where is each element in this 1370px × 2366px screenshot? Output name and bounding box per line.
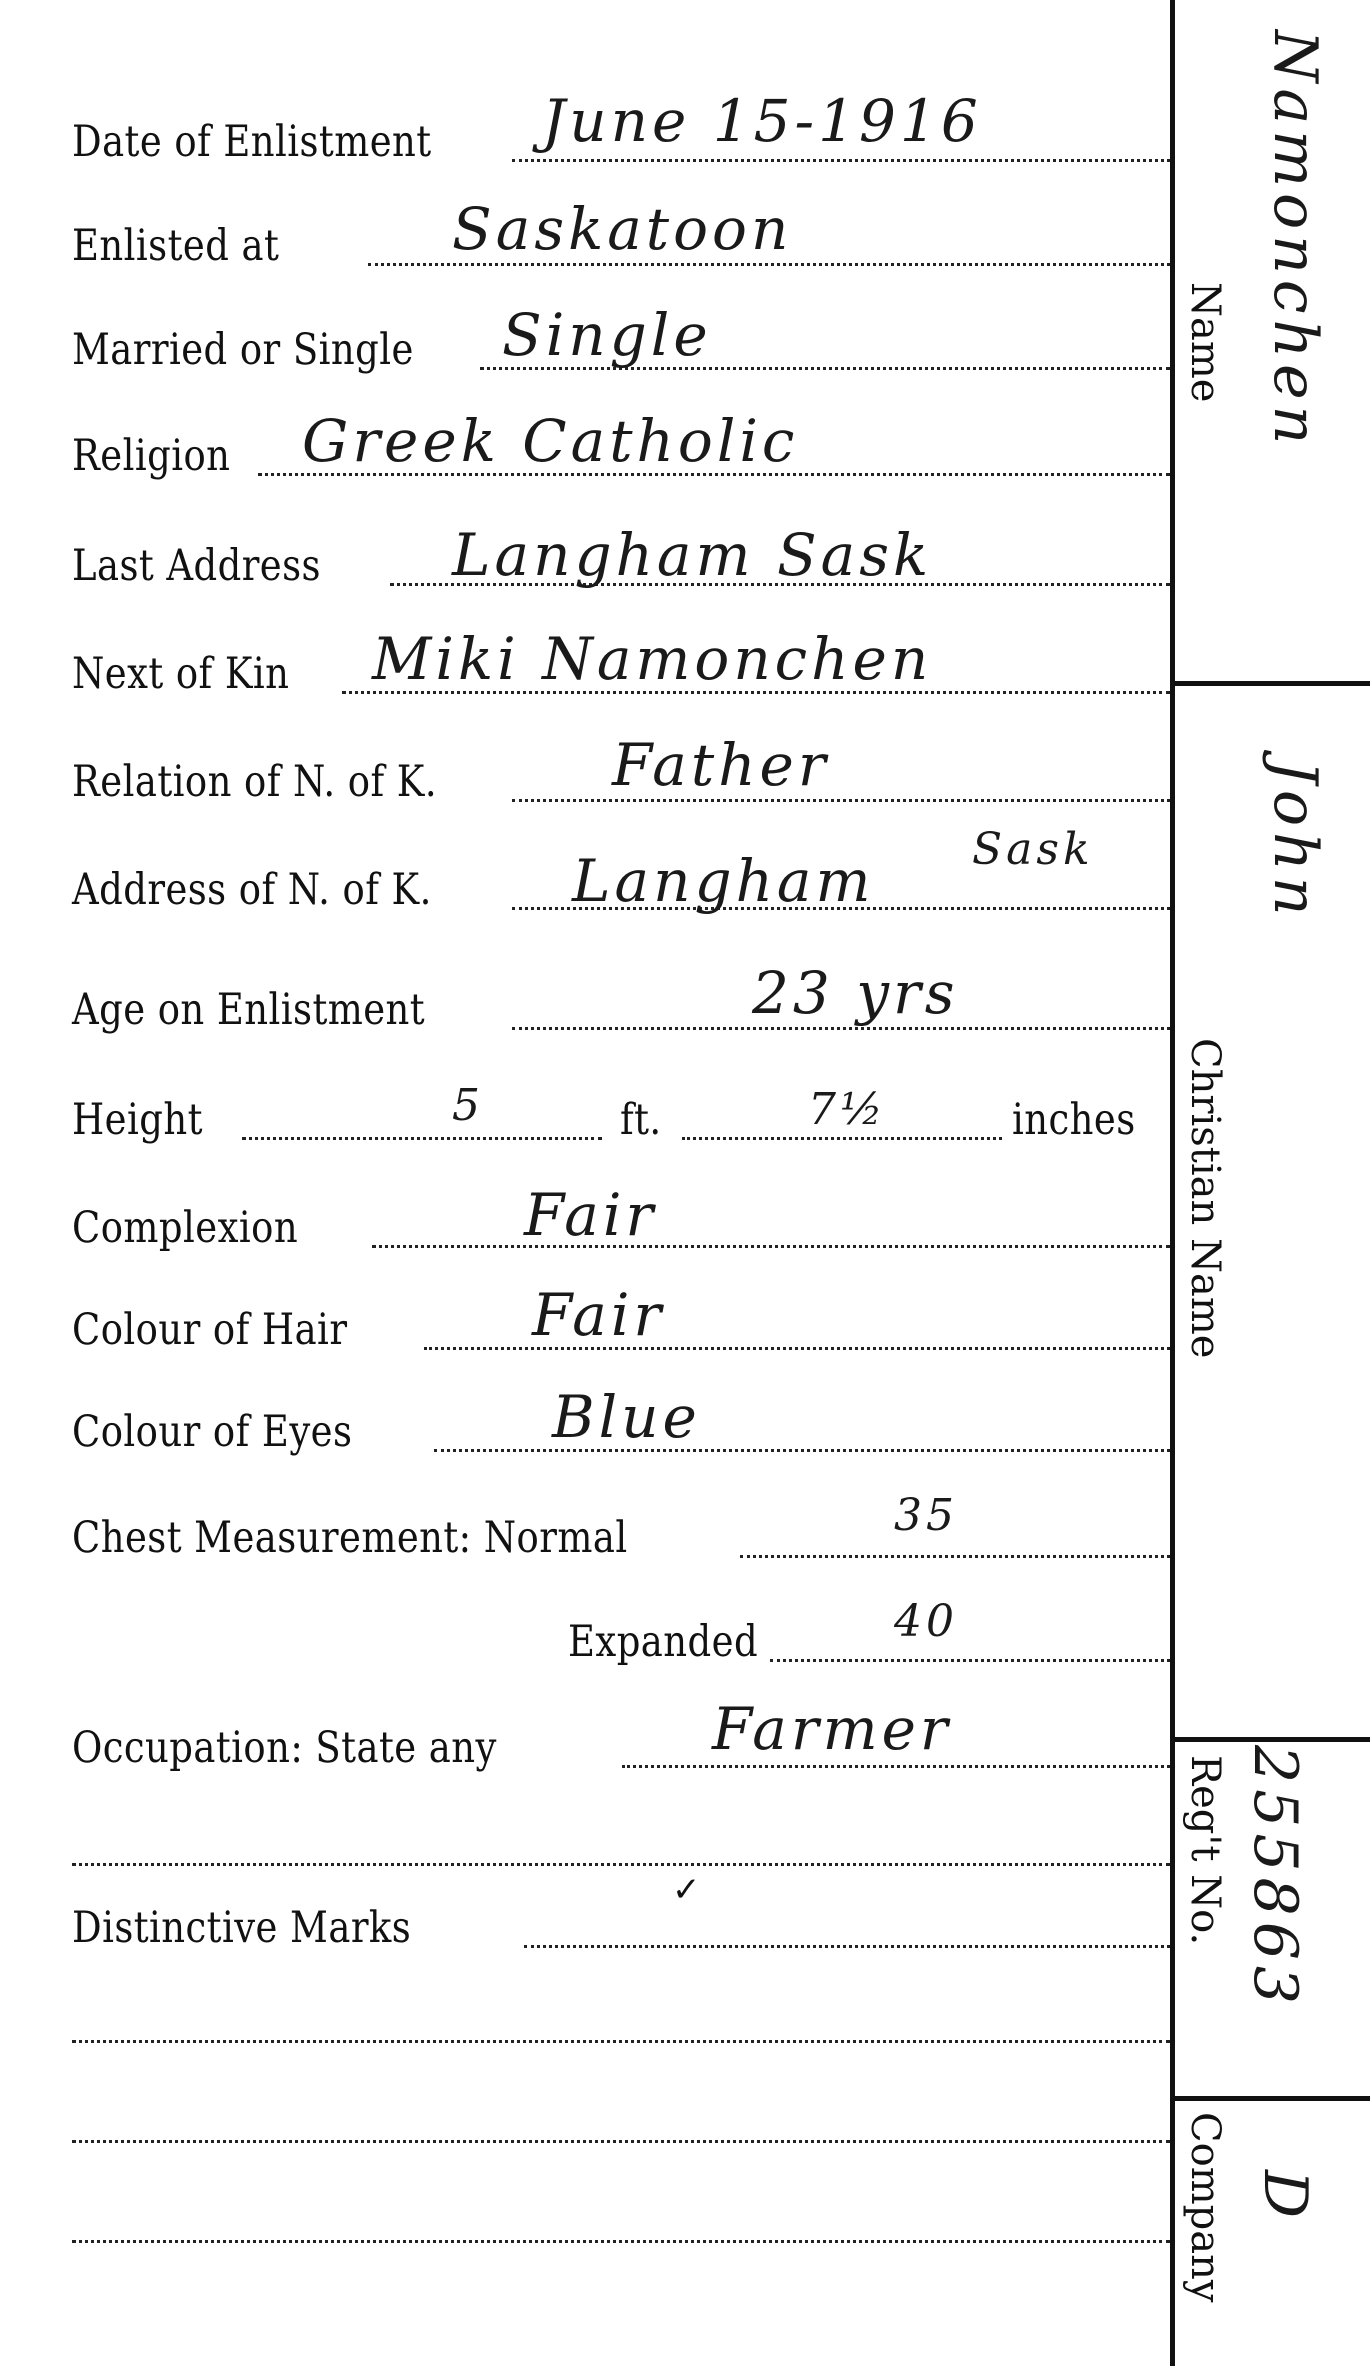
field-label: Religion [72, 435, 230, 478]
field-value[interactable]: Fair [532, 1286, 665, 1344]
fill-line [72, 2140, 1170, 2143]
feet-unit-label: ft. [620, 1099, 662, 1142]
fill-line [622, 1765, 1170, 1768]
field-last-address: Last Address Langham Sask [72, 528, 1170, 588]
field-label: Complexion [72, 1207, 298, 1250]
fill-line [72, 1863, 1170, 1866]
section-divider-regt-no [1175, 2096, 1370, 2101]
field-label: Colour of Eyes [72, 1411, 352, 1454]
fill-line [512, 1027, 1170, 1030]
fill-line [72, 2240, 1170, 2243]
field-label: Distinctive Marks [72, 1907, 411, 1950]
field-label: Address of N. of K. [72, 869, 432, 912]
christian-name-label: Christian Name [1182, 1038, 1228, 1358]
field-address-of-nok: Address of N. of K. Langham Sask [72, 852, 1170, 912]
field-next-of-kin: Next of Kin Miki Namonchen [72, 636, 1170, 696]
field-label: Enlisted at [72, 225, 279, 268]
field-value[interactable]: 40 [894, 1600, 958, 1644]
field-colour-of-hair: Colour of Hair Fair [72, 1292, 1170, 1352]
field-label: Last Address [72, 545, 321, 588]
field-label: Expanded [568, 1621, 758, 1664]
height-feet-value[interactable]: 5 [452, 1084, 484, 1128]
field-complexion: Complexion Fair [72, 1190, 1170, 1250]
regt-no-value[interactable]: 255863 [1240, 1745, 1310, 2010]
field-married-or-single: Married or Single Single [72, 312, 1170, 372]
column-divider [1170, 0, 1175, 2366]
fill-line-feet [242, 1137, 602, 1140]
fill-line [770, 1659, 1170, 1662]
field-value[interactable]: Langham [572, 852, 875, 910]
section-divider-christian-name [1175, 1737, 1370, 1742]
name-value[interactable]: Namonchen [1260, 30, 1330, 450]
field-height: Height 5 ft. 7½ inches [72, 1082, 1170, 1142]
name-label: Name [1182, 282, 1228, 402]
marks-blank-line-3[interactable] [72, 2185, 1170, 2245]
field-value[interactable]: June 15-1916 [542, 92, 982, 150]
field-colour-of-eyes: Colour of Eyes Blue [72, 1394, 1170, 1454]
field-value-extra[interactable]: Sask [972, 828, 1094, 872]
field-value[interactable]: Blue [552, 1388, 701, 1446]
field-value[interactable]: Saskatoon [452, 200, 792, 258]
marks-blank-line-1[interactable] [72, 1985, 1170, 2045]
fill-line [512, 799, 1170, 802]
company-label: Company [1182, 2112, 1228, 2302]
inches-unit-label: inches [1012, 1099, 1136, 1142]
field-value[interactable]: Fair [524, 1186, 657, 1244]
field-value[interactable]: 23 yrs [752, 964, 959, 1022]
fill-line [368, 263, 1170, 266]
field-label: Age on Enlistment [72, 989, 425, 1032]
field-value[interactable]: Greek Catholic [302, 412, 798, 470]
fill-line [72, 2040, 1170, 2043]
field-chest-expanded: Expanded 40 [72, 1604, 1170, 1664]
field-date-of-enlistment: Date of Enlistment June 15-1916 [72, 104, 1170, 164]
field-label: Married or Single [72, 329, 414, 372]
field-religion: Religion Greek Catholic [72, 418, 1170, 478]
field-value[interactable]: Miki Namonchen [372, 630, 932, 688]
field-age-on-enlistment: Age on Enlistment 23 yrs [72, 972, 1170, 1032]
field-chest-normal: Chest Measurement: Normal 35 [72, 1500, 1170, 1560]
field-occupation: Occupation: State any Farmer [72, 1710, 1170, 1770]
fill-line [372, 1245, 1170, 1248]
height-inches-value[interactable]: 7½ [808, 1088, 887, 1132]
attestation-card: Date of Enlistment June 15-1916 Enlisted… [0, 0, 1370, 2366]
field-relation-of-nok: Relation of N. of K. Father [72, 744, 1170, 804]
christian-name-value[interactable]: John [1260, 760, 1330, 921]
field-label: Relation of N. of K. [72, 761, 437, 804]
field-distinctive-marks: Distinctive Marks ✓ [72, 1890, 1170, 1950]
occupation-blank-line[interactable] [72, 1808, 1170, 1868]
field-label: Next of Kin [72, 653, 289, 696]
field-label: Chest Measurement: Normal [72, 1517, 628, 1560]
field-value[interactable]: Single [502, 306, 712, 364]
regt-no-label: Reg't No. [1182, 1755, 1228, 1945]
check-mark-icon: ✓ [672, 1870, 701, 1910]
field-label: Colour of Hair [72, 1309, 347, 1352]
field-label: Occupation: State any [72, 1727, 497, 1770]
fill-line [524, 1945, 1170, 1948]
field-label: Date of Enlistment [72, 121, 432, 164]
field-value[interactable]: 35 [894, 1494, 958, 1538]
fill-line-inches [682, 1137, 1002, 1140]
fill-line [740, 1555, 1170, 1558]
company-value[interactable]: D [1250, 2170, 1320, 2224]
field-label: Height [72, 1099, 203, 1142]
marks-blank-line-2[interactable] [72, 2085, 1170, 2145]
field-enlisted-at: Enlisted at Saskatoon [72, 208, 1170, 268]
fill-line [434, 1449, 1170, 1452]
field-value[interactable]: Farmer [712, 1700, 952, 1758]
section-divider-name [1175, 681, 1370, 686]
field-value[interactable]: Langham Sask [452, 526, 932, 584]
field-value[interactable]: Father [612, 736, 830, 794]
fill-line [512, 159, 1170, 162]
